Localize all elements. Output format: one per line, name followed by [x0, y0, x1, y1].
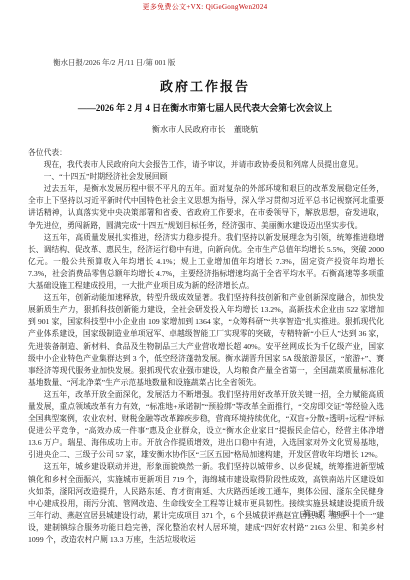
document-page: 更多免费公文+VX: QiGeGongWen2024 衡水日报/2026 年/2… — [0, 0, 410, 580]
paragraph: 这五年，高质量发展扎实推进，经济实力稳步提升。我们坚持以新发展理念为引领，统筹推… — [28, 232, 384, 292]
byline: 衡水市人民政府市长 董晓航 — [0, 124, 410, 135]
masthead-source-line: 衡水日报/2026 年/2 月/11 日/第 001 版 — [53, 57, 175, 68]
promo-header: 更多免费公文+VX: QiGeGongWen2024 — [0, 2, 410, 12]
paragraph: 这五年，创新动能加速释放，转型升级成效显著。我们坚持科技创新和产业创新深度融合，… — [28, 292, 384, 389]
paragraph: 现在，我代表市人民政府向大会报告工作，请予审议，并请市政协委员和列席人员提出意见… — [28, 159, 384, 171]
paragraph: 这五年，改革开放全面深化，发展活力不断增强。我们坚持用好改革开放关键一招，全力赋… — [28, 389, 384, 462]
paragraph: 一、“十四五”时期经济社会发展回顾 — [28, 171, 384, 183]
paragraph: 这五年，城乡建设联动并进，形象面貌焕然一新。我们坚持以城带乡、以乡促城，统筹推进… — [28, 461, 384, 546]
document-title: 政府工作报告 — [0, 76, 410, 95]
document-subtitle: ——2026 年 2 月 4 日在衡水市第七届人民代表大会第七次会议上 — [0, 101, 410, 114]
paragraph: 过去五年，是衡水发展历程中很不平凡的五年。面对复杂的外部环境和艰巨的改革发展稳定… — [28, 183, 384, 231]
paragraph: 各位代表： — [28, 147, 384, 159]
body-text: 各位代表：现在，我代表市人民政府向大会报告工作，请予审议，并请市政协委员和列席人… — [28, 147, 384, 546]
page-number: 第 1 页 共 6 页 — [303, 508, 350, 519]
